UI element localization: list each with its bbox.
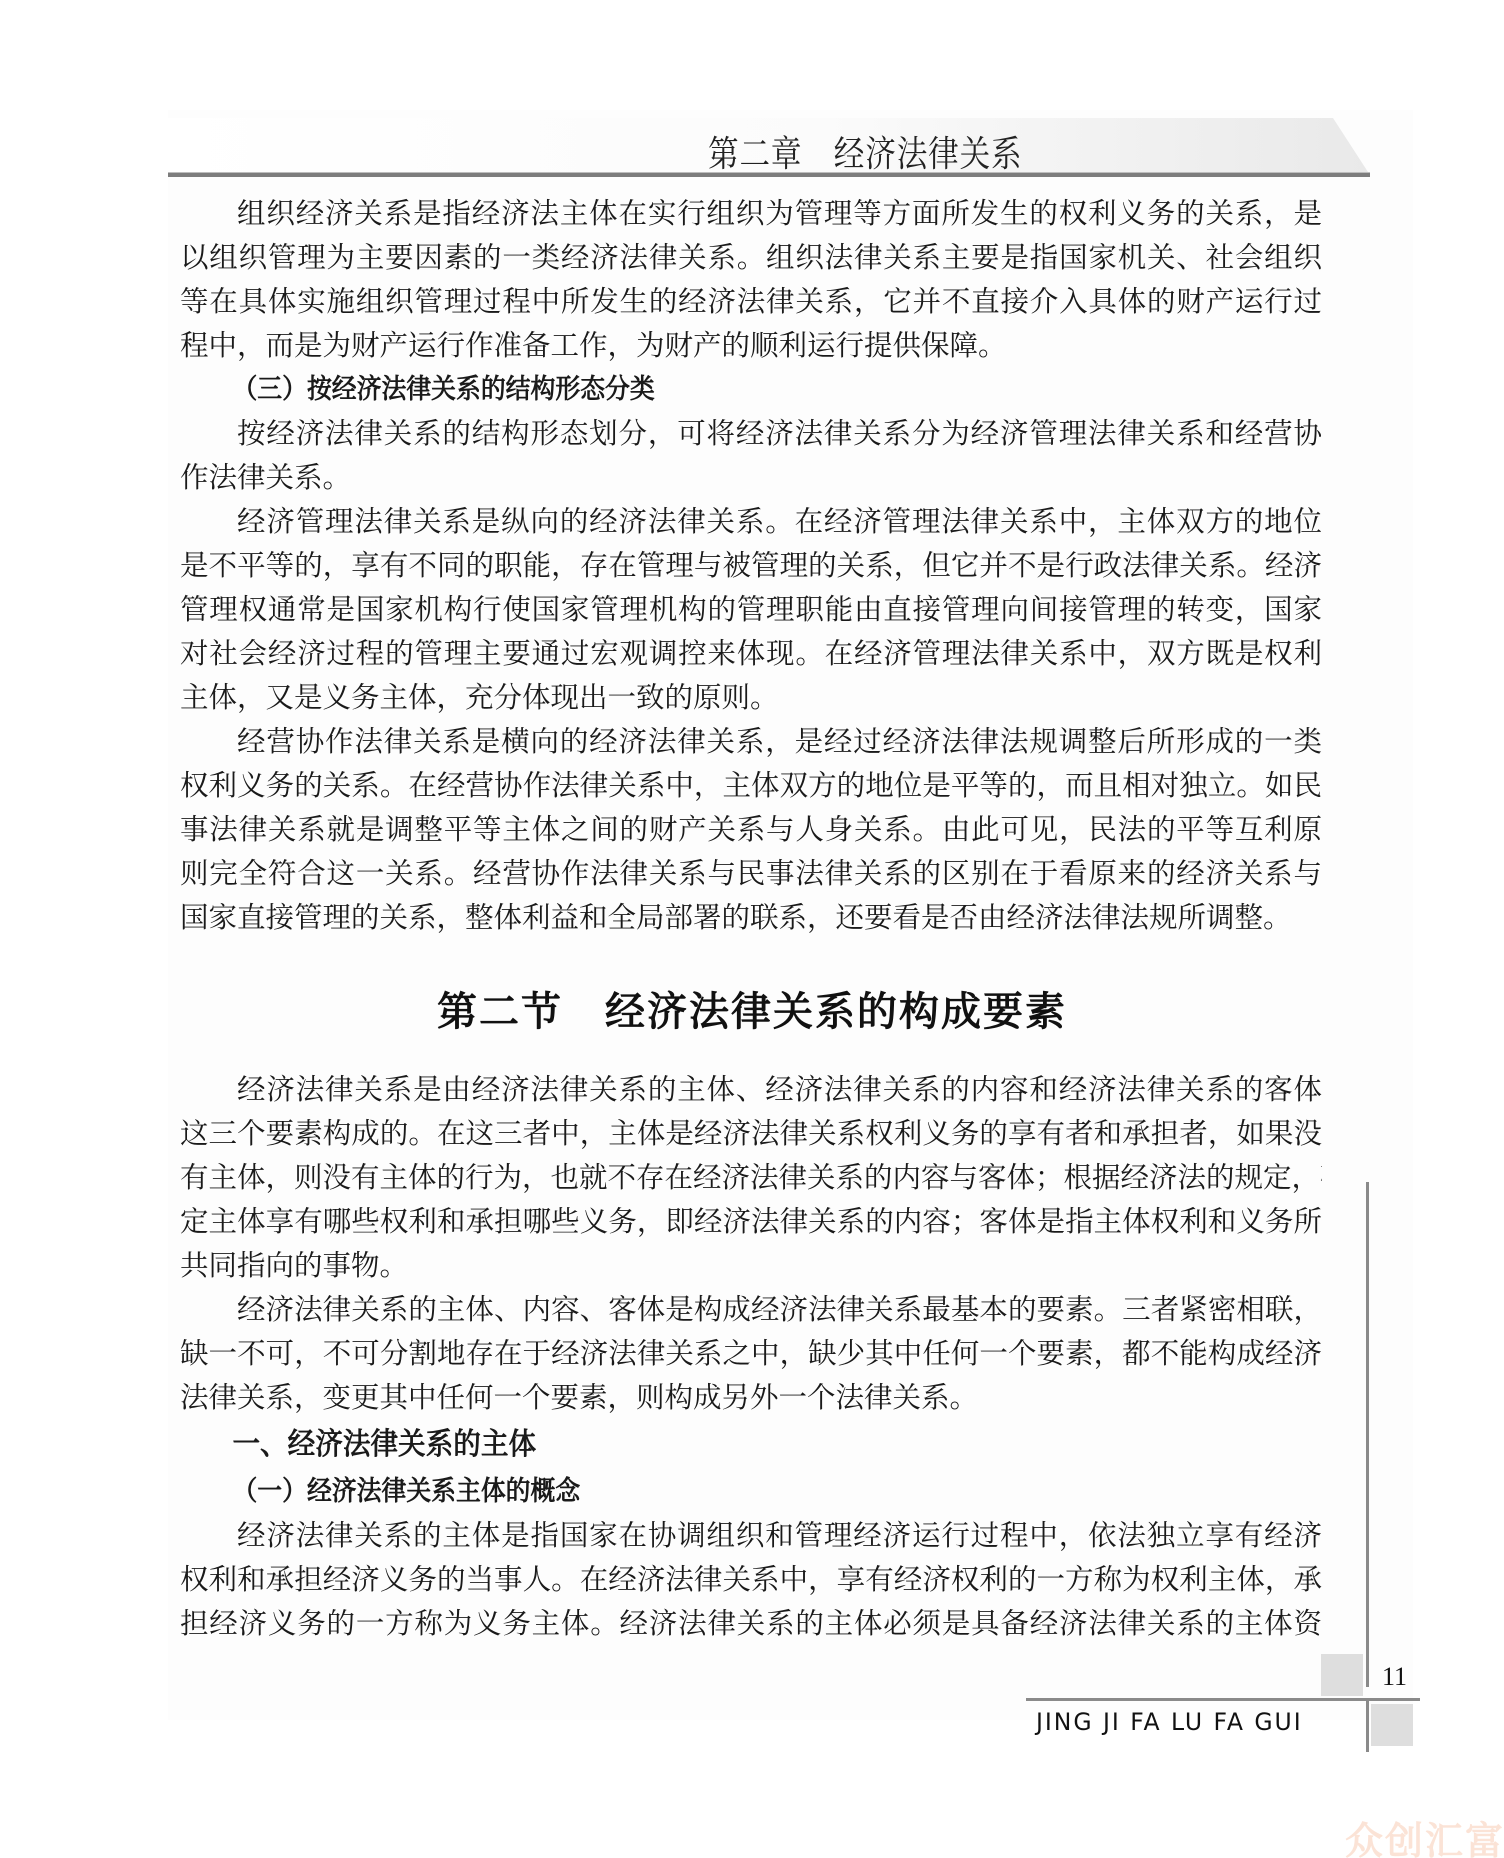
footer-rule xyxy=(1026,1698,1420,1701)
body-text-top: 组织经济关系是指经济法主体在实行组织为管理等方面所发生的权利义务的关系，是以组织… xyxy=(180,192,1322,940)
margin-vertical-rule-lower xyxy=(1366,1700,1369,1752)
text-line: 定主体享有哪些权利和承担哪些义务，即经济法律关系的内容；客体是指主体权利和义务所 xyxy=(180,1200,1322,1244)
chapter-title: 第二章 经济法律关系 xyxy=(708,126,1023,177)
subsection-heading: 一、经济法律关系的主体 xyxy=(180,1420,1231,1470)
text-line: 权利义务的关系。在经营协作法律关系中，主体双方的地位是平等的，而且相对独立。如民 xyxy=(180,764,1322,808)
text-line: 法律关系，变更其中任何一个要素，则构成另外一个法律关系。 xyxy=(180,1376,1322,1420)
text-line: 经济法律关系的主体、内容、客体是构成经济法律关系最基本的要素。三者紧密相联， xyxy=(180,1288,1322,1332)
text-line: 经济管理法律关系是纵向的经济法律关系。在经济管理法律关系中，主体双方的地位 xyxy=(180,500,1322,544)
decorative-gray-square xyxy=(1321,1654,1363,1696)
text-line: 事法律关系就是调整平等主体之间的财产关系与人身关系。由此可见，民法的平等互利原 xyxy=(180,808,1322,852)
paragraph: 经济法律关系的主体、内容、客体是构成经济法律关系最基本的要素。三者紧密相联，缺一… xyxy=(180,1288,1322,1420)
paragraph: 经济管理法律关系是纵向的经济法律关系。在经济管理法律关系中，主体双方的地位是不平… xyxy=(180,500,1322,720)
text-line: 按经济法律关系的结构形态划分，可将经济法律关系分为经济管理法律关系和经营协 xyxy=(180,412,1322,456)
section-title: 第二节 经济法律关系的构成要素 xyxy=(0,980,1504,1037)
subsection-subheading: （一）经济法律关系主体的概念 xyxy=(180,1470,1231,1514)
text-line: 等在具体实施组织管理过程中所发生的经济法律关系，它并不直接介入具体的财产运行过 xyxy=(180,280,1322,324)
text-line: 是不平等的，享有不同的职能，存在管理与被管理的关系，但它并不是行政法律关系。经济 xyxy=(180,544,1322,588)
text-line: 共同指向的事物。 xyxy=(180,1244,1322,1288)
text-line: 以组织管理为主要因素的一类经济法律关系。组织法律关系主要是指国家机关、社会组织 xyxy=(180,236,1322,280)
text-line: 经济法律关系是由经济法律关系的主体、经济法律关系的内容和经济法律关系的客体 xyxy=(180,1068,1322,1112)
text-line: 权利和承担经济义务的当事人。在经济法律关系中，享有经济权利的一方称为权利主体，承 xyxy=(180,1558,1322,1602)
decorative-gray-square xyxy=(1371,1704,1413,1746)
body-text-bottom: 经济法律关系是由经济法律关系的主体、经济法律关系的内容和经济法律关系的客体这三个… xyxy=(180,1068,1322,1646)
text-line: 担经济义务的一方称为义务主体。经济法律关系的主体必须是具备经济法律关系的主体资 xyxy=(180,1602,1322,1646)
paragraph: 组织经济关系是指经济法主体在实行组织为管理等方面所发生的权利义务的关系，是以组织… xyxy=(180,192,1322,368)
paragraph: 按经济法律关系的结构形态划分，可将经济法律关系分为经济管理法律关系和经营协作法律… xyxy=(180,412,1322,500)
watermark-logo: 众创汇富 xyxy=(1345,1810,1504,1858)
text-line: 主体，又是义务主体，充分体现出一致的原则。 xyxy=(180,676,1322,720)
subsection-subheading: （三）按经济法律关系的结构形态分类 xyxy=(180,368,1231,412)
page-number: 11 xyxy=(1382,1662,1407,1692)
text-line: 对社会经济过程的管理主要通过宏观调控来体现。在经济管理法律关系中，双方既是权利 xyxy=(180,632,1322,676)
text-line: 作法律关系。 xyxy=(180,456,1322,500)
text-line: 缺一不可，不可分割地存在于经济法律关系之中，缺少其中任何一个要素，都不能构成经济 xyxy=(180,1332,1322,1376)
paragraph: 经济法律关系的主体是指国家在协调组织和管理经济运行过程中，依法独立享有经济权利和… xyxy=(180,1514,1322,1646)
text-line: 有主体，则没有主体的行为，也就不存在经济法律关系的内容与客体；根据经济法的规定，… xyxy=(180,1156,1322,1200)
running-footer-title: JING JI FA LU FA GUI xyxy=(1036,1708,1303,1736)
text-line: 组织经济关系是指经济法主体在实行组织为管理等方面所发生的权利义务的关系，是 xyxy=(180,192,1322,236)
text-line: 程中，而是为财产运行作准备工作，为财产的顺利运行提供保障。 xyxy=(180,324,1322,368)
paragraph: 经营协作法律关系是横向的经济法律关系，是经过经济法律法规调整后所形成的一类权利义… xyxy=(180,720,1322,940)
paragraph: 经济法律关系是由经济法律关系的主体、经济法律关系的内容和经济法律关系的客体这三个… xyxy=(180,1068,1322,1288)
text-line: 这三个要素构成的。在这三者中，主体是经济法律关系权利义务的享有者和承担者，如果没 xyxy=(180,1112,1322,1156)
text-line: 经济法律关系的主体是指国家在协调组织和管理经济运行过程中，依法独立享有经济 xyxy=(180,1514,1322,1558)
text-line: 则完全符合这一关系。经营协作法律关系与民事法律关系的区别在于看原来的经济关系与 xyxy=(180,852,1322,896)
header-rule xyxy=(168,172,1370,177)
text-line: 国家直接管理的关系，整体利益和全局部署的联系，还要看是否由经济法律法规所调整。 xyxy=(180,896,1322,940)
margin-vertical-rule xyxy=(1366,1182,1369,1687)
text-line: 经营协作法律关系是横向的经济法律关系，是经过经济法律法规调整后所形成的一类 xyxy=(180,720,1322,764)
text-line: 管理权通常是国家机构行使国家管理机构的管理职能由直接管理向间接管理的转变，国家 xyxy=(180,588,1322,632)
